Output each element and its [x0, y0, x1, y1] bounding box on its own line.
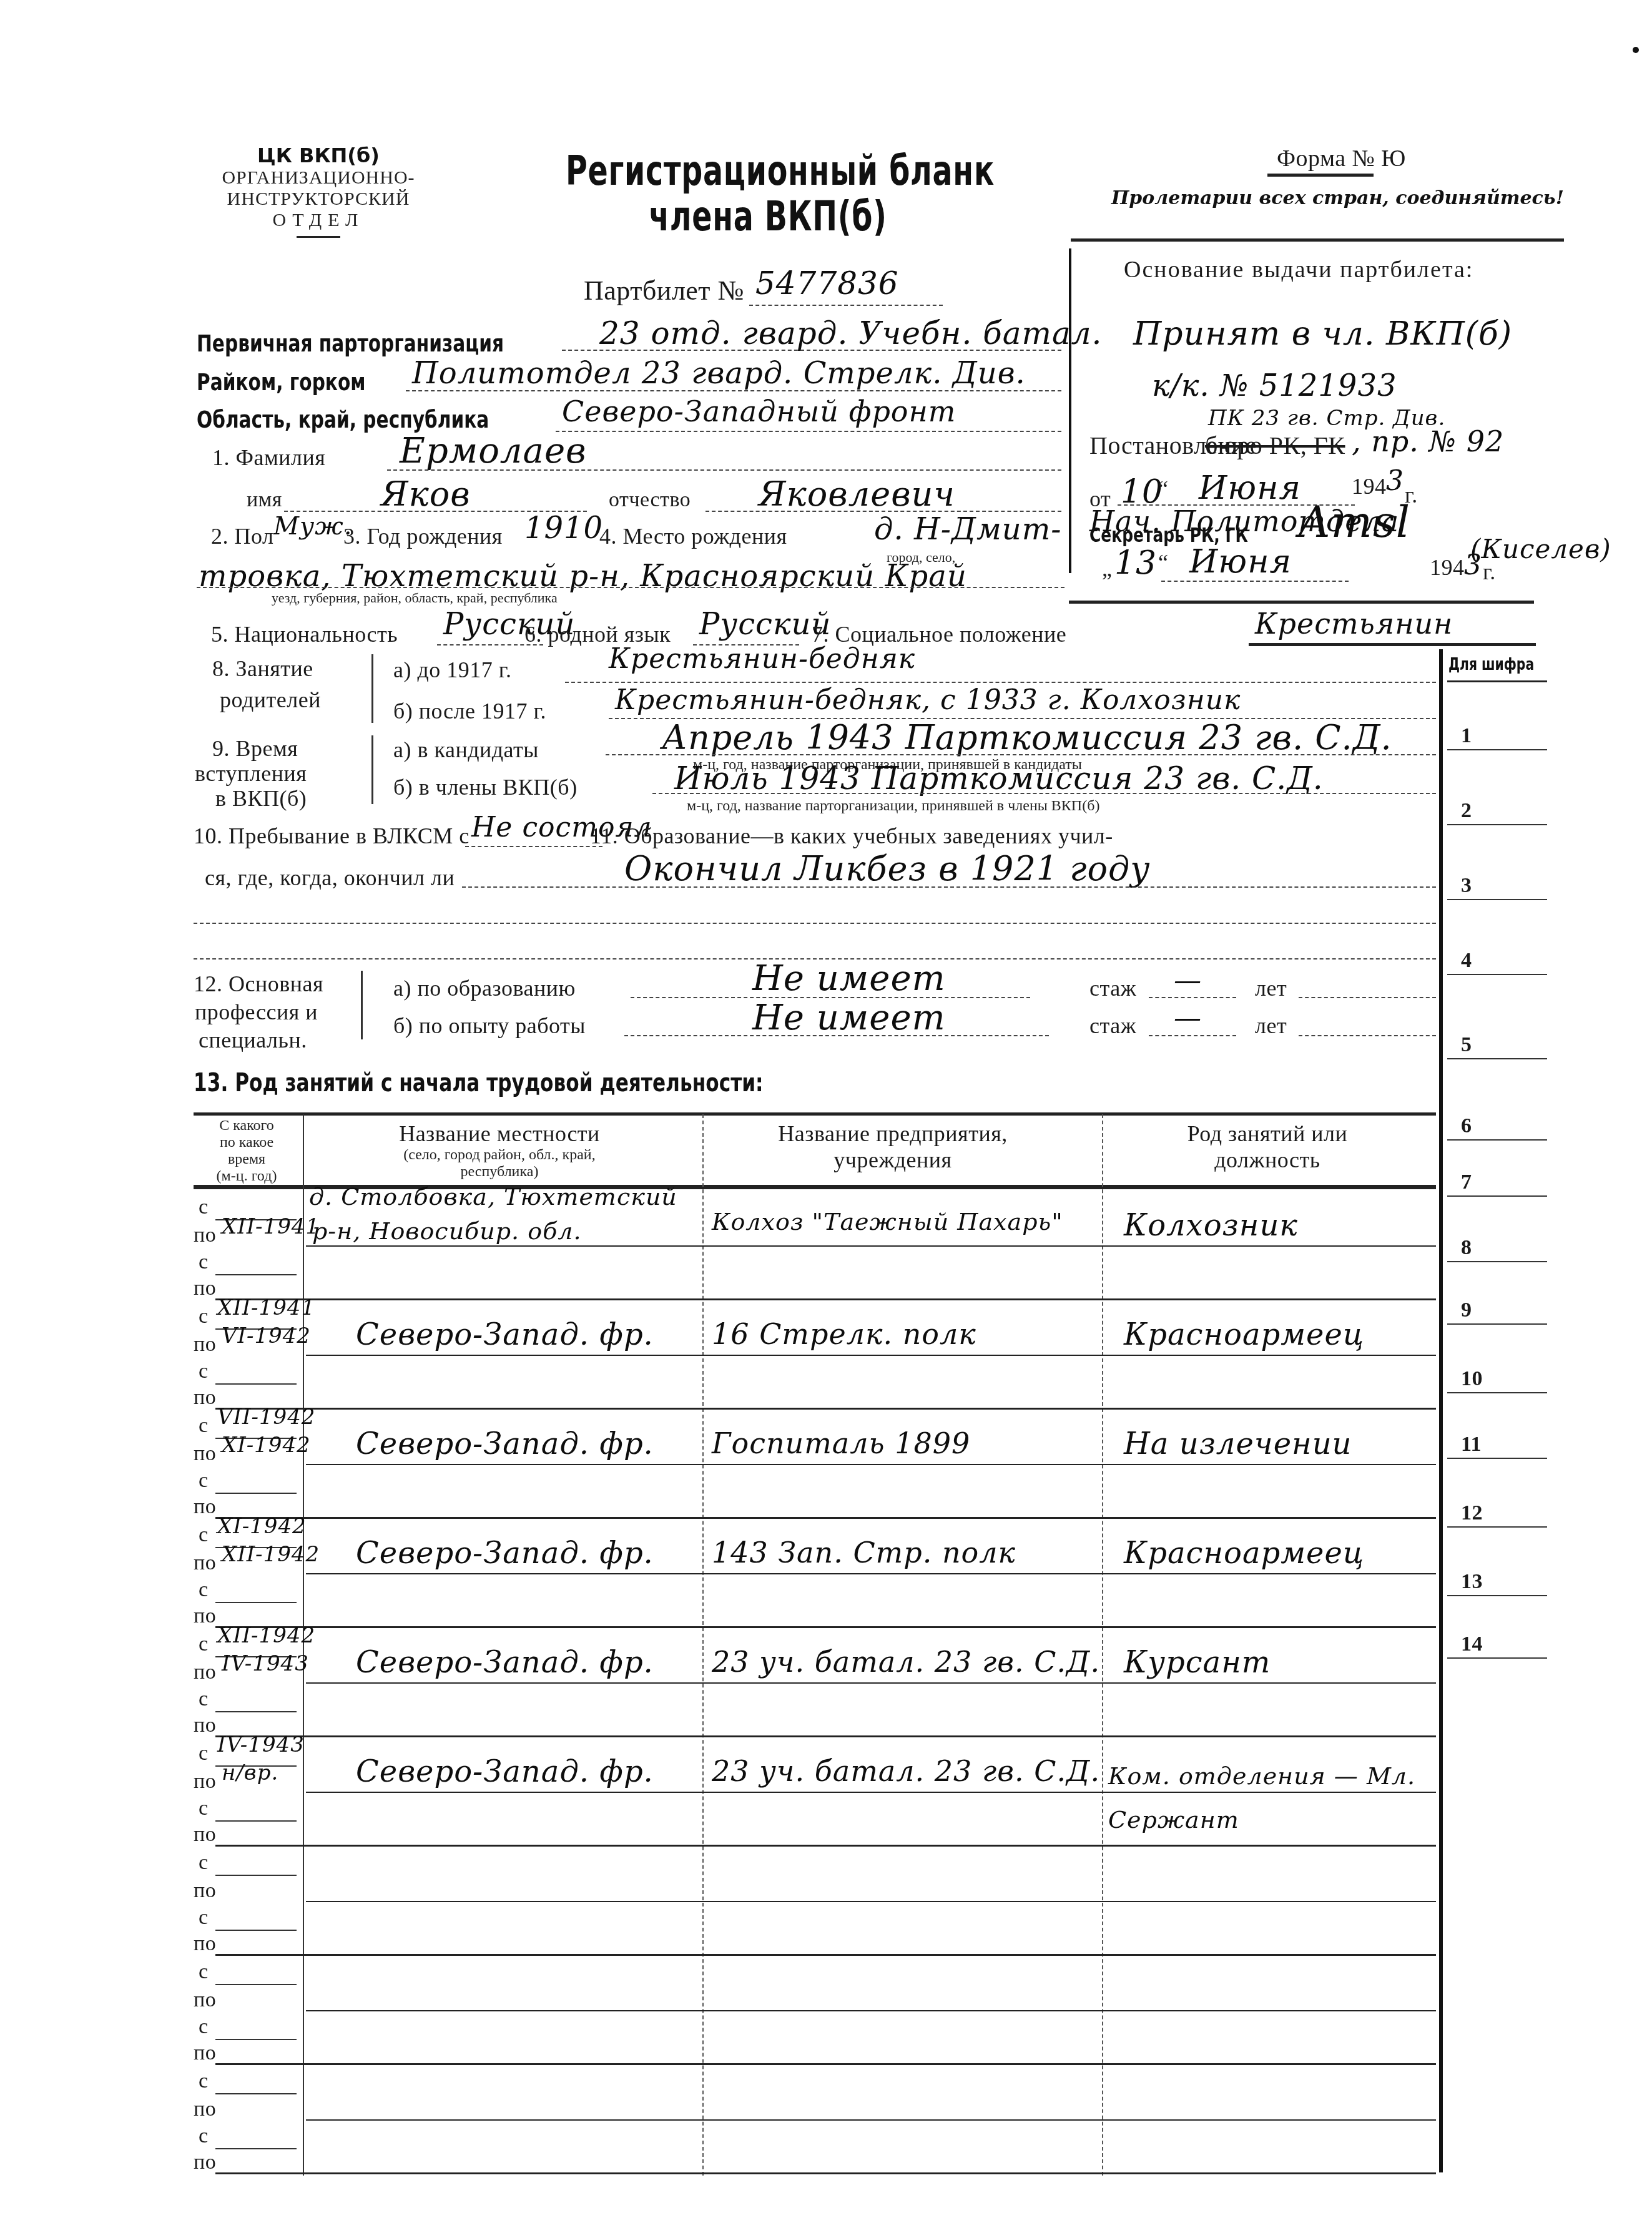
row-mid-rule: [306, 1682, 1436, 1684]
row-org: Госпиталь 1899: [712, 1426, 970, 1460]
row-org: 16 Стрелк. полк: [712, 1317, 976, 1351]
cipher-line: [1447, 1526, 1547, 1528]
row-place-line-2: р-н, Новосибир. обл.: [312, 1217, 582, 1245]
primary-org-label: Первичная парторганизация: [197, 330, 504, 357]
by-work-let-underline: [1299, 1035, 1436, 1036]
birth-year-value: 1910: [524, 511, 603, 546]
row-to-label-2: по: [194, 2041, 216, 2065]
candidate-label: а) в кандидаты: [393, 737, 539, 763]
row-position: Ком. отделения — Мл. Сержант: [1108, 1754, 1433, 1842]
row-from-label-2: с: [199, 1578, 209, 1602]
row-place: Северо-Запад. фр.: [356, 1536, 654, 1571]
row-to-value: н/вр.: [222, 1760, 278, 1785]
basis-line-2: к/к. № 5121933: [1152, 368, 1397, 403]
row-from2-underline: [215, 2039, 297, 2040]
row-from-label-2: с: [199, 2015, 209, 2039]
joining-label-1: 9. Время: [212, 735, 298, 762]
row-to-label: по: [194, 1442, 216, 1466]
birthplace-value-2: тровка, Тюхтетский р-н, Красноярский Кра…: [199, 559, 967, 594]
col-place-hint-1: (село, город район, обл., край,: [306, 1147, 693, 1164]
title-line-2: члена ВКП(б): [566, 192, 970, 240]
basis-box-bottom: [1069, 601, 1534, 604]
birth-year-label: 3. Год рождения: [343, 523, 503, 549]
row-org: 23 уч. батал. 23 гв. С.Д.: [712, 1754, 1100, 1788]
cipher-number: 1: [1461, 724, 1472, 748]
org-block: ЦК ВКП(б) ОРГАНИЗАЦИОННО- ИНСТРУКТОРСКИЙ…: [187, 144, 450, 238]
cipher-line: [1447, 1392, 1547, 1393]
issue-year-prefix: 194: [1430, 554, 1465, 581]
parents-label-1: 8. Занятие: [212, 655, 313, 682]
member-value: Июль 1943 Парткомиссия 23 гв. С.Д.: [674, 760, 1324, 797]
nationality-label: 5. Национальность: [211, 621, 398, 647]
row-position: Колхозник: [1124, 1208, 1298, 1243]
parents-before-label: а) до 1917 г.: [393, 657, 512, 683]
row-from-underline: [215, 2093, 297, 2094]
row-from-label: с: [199, 1195, 209, 1219]
candidate-value: Апрель 1943 Парткомиссия 23 гв. С.Д.: [662, 718, 1392, 757]
row-to-label: по: [194, 1333, 216, 1357]
row-from-underline: [215, 1875, 297, 1876]
row-to-label: по: [194, 1770, 216, 1794]
row-from2-underline: [215, 2148, 297, 2149]
row-to-label-2: по: [194, 1714, 216, 1737]
row-to-label: по: [194, 1551, 216, 1575]
cipher-line: [1447, 1458, 1547, 1459]
issue-year-suffix: 3: [1464, 549, 1482, 581]
header-rule: [1071, 238, 1564, 242]
resolution-year-prefix: 194: [1352, 473, 1387, 499]
row-from-label: с: [199, 1632, 209, 1656]
cipher-number: 9: [1461, 1298, 1472, 1322]
profession-label-1: 12. Основная: [194, 971, 323, 997]
form-number-underline: [1267, 174, 1374, 177]
row-from2-underline: [215, 1274, 297, 1275]
joining-label-3: в ВКП(б): [215, 785, 307, 812]
col-divider-2: [702, 1114, 704, 2176]
by-edu-stazh-label: стаж: [1089, 975, 1136, 1001]
row-to-value: XII-1941: [222, 1214, 320, 1239]
cipher-number: 4: [1461, 949, 1472, 973]
form-number: Форма № Ю: [1277, 145, 1406, 172]
col-dates-header: С какого по какое время (м-ц. год): [194, 1117, 300, 1185]
by-edu-value: Не имеет: [752, 958, 946, 999]
row-to-label: по: [194, 1988, 216, 2012]
row-to-label-2: по: [194, 1495, 216, 1519]
basis-title: Основание выдачи партбилета:: [1124, 256, 1473, 283]
quote-mark: “: [1158, 476, 1168, 502]
row-from-label: с: [199, 1960, 209, 1984]
by-work-label: б) по опыту работы: [393, 1013, 586, 1039]
row-from-label: с: [199, 1523, 209, 1547]
row-from-label-2: с: [199, 1360, 209, 1383]
region-value: Северо-Западный фронт: [562, 395, 956, 428]
education-label-2: ся, где, когда, окончил ли: [205, 865, 455, 891]
by-edu-stazh-value: —: [1174, 964, 1202, 996]
row-org: Колхоз "Таежный Пахарь": [712, 1208, 1063, 1235]
row-to-value: XI-1942: [222, 1433, 311, 1458]
row-bottom-rule: [215, 2063, 1436, 2065]
resolution-month: Июня: [1199, 469, 1301, 507]
basis-line-1: Принят в чл. ВКП(б): [1133, 315, 1512, 353]
profession-label-2: профессия и: [195, 999, 318, 1025]
birthplace-underline: [197, 587, 1064, 588]
cipher-line: [1447, 899, 1547, 900]
education-value: Окончил Ликбез в 1921 году: [624, 849, 1151, 888]
cipher-number: 6: [1461, 1114, 1472, 1138]
cipher-number: 8: [1461, 1236, 1472, 1260]
sex-value: Муж.: [273, 512, 352, 541]
row-place: Северо-Запад. фр.: [356, 1645, 654, 1680]
table-top-rule: [194, 1112, 1436, 1116]
cipher-line: [1447, 1323, 1547, 1325]
row-mid-rule: [306, 1573, 1436, 1574]
party-card-number: 5477836: [755, 265, 899, 302]
by-work-underline: [624, 1035, 1049, 1036]
col-dates-line-2: по какое: [194, 1134, 300, 1151]
education-label-1: 11. Образование—в каких учебных заведени…: [590, 823, 1113, 849]
row-org: 143 Зап. Стр. полк: [712, 1536, 1016, 1569]
org-line-2: ОРГАНИЗАЦИОННО-: [187, 167, 450, 189]
resolution-struck: бюро РК, ГК: [1205, 431, 1345, 460]
sex-label: 2. Пол: [211, 523, 274, 549]
cipher-number: 2: [1461, 799, 1472, 823]
org-underline: [297, 236, 340, 238]
cipher-title-rule: [1447, 680, 1547, 682]
issue-day: 13: [1114, 544, 1157, 582]
row-from2-underline: [215, 1711, 297, 1712]
cipher-number: 14: [1461, 1632, 1483, 1656]
cipher-number: 10: [1461, 1367, 1483, 1391]
row-to-label: по: [194, 1224, 216, 1247]
issue-year-g: г.: [1483, 559, 1496, 585]
surname-underline: [387, 469, 1061, 471]
birthplace-label: 4. Место рождения: [599, 523, 787, 549]
col-position-header: Род занятий или должность: [1099, 1121, 1436, 1173]
row-place: Северо-Запад. фр.: [356, 1426, 654, 1461]
cipher-title: Для шифра: [1448, 655, 1534, 674]
member-hint: м-ц, год, название парторганизации, прин…: [687, 798, 1099, 815]
by-work-stazh-value: —: [1174, 1002, 1202, 1034]
row-to-label: по: [194, 1879, 216, 1903]
row-place: Северо-Запад. фр.: [356, 1754, 654, 1789]
cipher-line: [1447, 1058, 1547, 1059]
cipher-line: [1447, 1657, 1547, 1659]
row-from-label: с: [199, 1742, 209, 1765]
row-place: Северо-Запад. фр.: [356, 1317, 654, 1352]
parents-before-value: Крестьянин-бедняк: [609, 643, 915, 675]
basis-box-left-border: [1069, 248, 1071, 573]
employment-title: 13. Род занятий с начала трудовой деятел…: [194, 1069, 764, 1097]
row-from-label-2: с: [199, 1250, 209, 1274]
by-edu-label: а) по образованию: [393, 975, 576, 1001]
issue-quote-open: „: [1102, 556, 1112, 582]
parents-label-2: родителей: [220, 687, 321, 713]
row-from-label: с: [199, 1851, 209, 1875]
col-dates-line-1: С какого: [194, 1117, 300, 1134]
row-bottom-rule: [215, 1735, 1436, 1737]
slogan: Пролетарии всех стран, соединяйтесь!: [1111, 187, 1564, 209]
row-from2-underline: [215, 1493, 297, 1494]
row-from-value: XII-1942: [217, 1623, 315, 1648]
row-from-label-2: с: [199, 1797, 209, 1820]
by-edu-stazh-underline: [1149, 997, 1236, 998]
row-from-label-2: с: [199, 2124, 209, 2148]
row-mid-rule: [306, 2119, 1436, 2121]
row-to-label: по: [194, 2098, 216, 2121]
cipher-line: [1447, 1595, 1547, 1596]
cipher-number: 13: [1461, 1570, 1483, 1594]
komsomol-underline: [465, 846, 602, 847]
col-place-header: Название местности (село, город район, о…: [306, 1121, 693, 1180]
social-value: Крестьянин: [1255, 607, 1453, 640]
cipher-line: [1447, 749, 1547, 750]
patronymic-label: отчество: [609, 488, 691, 512]
signature: Amsl: [1299, 496, 1410, 547]
raikom-label: Райком, горком: [197, 368, 366, 396]
resolution-number: , пр. № 92: [1352, 425, 1504, 458]
row-from-value: IV-1943: [217, 1732, 305, 1757]
col-org-title-1: Название предприятия,: [699, 1121, 1086, 1147]
cipher-number: 11: [1461, 1433, 1482, 1456]
col-position-title-2: должность: [1099, 1147, 1436, 1173]
row-from2-underline: [215, 1383, 297, 1385]
row-position: Курсант: [1124, 1645, 1271, 1680]
row-bottom-rule: [215, 1408, 1436, 1410]
cipher-number: 5: [1461, 1033, 1472, 1057]
party-card-label: Партбилет №: [584, 275, 744, 307]
member-underline: [652, 793, 1436, 794]
education-underline: [462, 886, 1436, 888]
row-bottom-rule: [215, 2172, 1436, 2174]
row-mid-rule: [306, 2010, 1436, 2011]
by-work-stazh-underline: [1149, 1035, 1236, 1036]
row-from-label-2: с: [199, 1469, 209, 1493]
surname-value: Ермолаев: [400, 431, 587, 471]
col-dates-line-4: (м-ц. год): [194, 1168, 300, 1185]
parents-before-underline: [565, 682, 1436, 683]
row-bottom-rule: [215, 1626, 1436, 1628]
row-to-label-2: по: [194, 2151, 216, 2174]
primary-org-value: 23 отд. гвард. Учебн. батал.: [599, 315, 1103, 351]
row-mid-rule: [306, 1245, 1436, 1247]
candidate-underline: [606, 754, 1436, 755]
row-bottom-rule: [215, 1845, 1436, 1847]
row-from-label-2: с: [199, 1906, 209, 1930]
member-label: б) в члены ВКП(б): [393, 774, 578, 800]
row-position: На излечении: [1124, 1426, 1352, 1461]
col-org-header: Название предприятия, учреждения: [699, 1121, 1086, 1173]
row-to-value: IV-1943: [222, 1651, 309, 1676]
col-place-title: Название местности: [306, 1121, 693, 1147]
row-from2-underline: [215, 1930, 297, 1931]
raikom-value: Политотдел 23 гвард. Стрелк. Див.: [412, 356, 1026, 391]
education-blank-line-1: [194, 923, 1436, 924]
row-bottom-rule: [215, 1517, 1436, 1519]
col-position-title-1: Род занятий или: [1099, 1121, 1436, 1147]
issue-date-underline: [1161, 581, 1349, 582]
row-to-label-2: по: [194, 1932, 216, 1956]
parents-bracket: [371, 654, 373, 723]
row-to-label-2: по: [194, 1386, 216, 1410]
row-from-value: XII-1941: [217, 1295, 315, 1320]
col-place-hint-2: республика): [306, 1164, 693, 1180]
party-card-underline: [749, 305, 943, 306]
joining-label-2: вступления: [195, 760, 307, 787]
cipher-line: [1447, 1261, 1547, 1262]
issue-month: Июня: [1189, 543, 1292, 581]
cipher-line: [1447, 1139, 1547, 1141]
parents-after-label: б) после 1917 г.: [393, 698, 546, 724]
row-to-value: XII-1942: [222, 1542, 320, 1567]
name-value: Яков: [381, 474, 471, 514]
by-edu-let-label: лет: [1255, 975, 1287, 1001]
cipher-line: [1447, 974, 1547, 975]
org-line-1: ЦК ВКП(б): [187, 144, 450, 167]
col-divider-3: [1102, 1114, 1103, 2176]
row-from2-underline: [215, 1820, 297, 1822]
cipher-number: 3: [1461, 874, 1472, 898]
parents-after-value: Крестьянин-бедняк, с 1933 г. Колхозник: [615, 684, 1241, 716]
title-line-1: Регистрационный бланк: [566, 147, 970, 195]
birthplace-value-1: д. Н-Дмит-: [874, 512, 1061, 547]
cipher-column-border: [1439, 649, 1443, 2172]
surname-label: 1. Фамилия: [212, 444, 325, 471]
raikom-underline: [406, 390, 1061, 391]
by-edu-let-underline: [1299, 997, 1436, 998]
joining-bracket: [371, 735, 373, 804]
row-to-label-2: по: [194, 1604, 216, 1628]
cipher-line: [1447, 1195, 1547, 1197]
row-from-label: с: [199, 1305, 209, 1328]
row-mid-rule: [306, 1901, 1436, 1902]
profession-bracket: [361, 971, 363, 1039]
row-to-value: VI-1942: [222, 1323, 311, 1348]
row-position: Красноармеец: [1124, 1317, 1364, 1352]
row-from-label: с: [199, 2069, 209, 2093]
profession-label-3: специальн.: [199, 1027, 307, 1053]
row-to-label: по: [194, 1661, 216, 1684]
col-dates-line-3: время: [194, 1151, 300, 1168]
row-from-value: XI-1942: [217, 1514, 307, 1539]
row-mid-rule: [306, 1355, 1436, 1356]
name-label: имя: [247, 488, 282, 512]
cipher-number: 12: [1461, 1501, 1483, 1525]
row-from-label: с: [199, 1414, 209, 1438]
col-org-title-2: учреждения: [699, 1147, 1086, 1173]
form-title: Регистрационный бланк члена ВКП(б): [487, 147, 1049, 240]
cipher-line: [1447, 824, 1547, 825]
row-position: Красноармеец: [1124, 1536, 1364, 1571]
patronymic-value: Яковлевич: [759, 474, 955, 514]
row-place-line-1: д. Столбовка, Тюхтетский: [309, 1183, 677, 1210]
org-line-3: ИНСТРУКТОРСКИЙ: [187, 189, 450, 210]
punch-hole-mark: [1633, 47, 1639, 53]
org-line-4: ОТДЕЛ: [187, 210, 450, 231]
birthplace-hint-2: уезд, губерния, район, область, край, ре…: [272, 590, 558, 606]
row-from-value: VII-1942: [217, 1405, 315, 1430]
by-work-value: Не имеет: [752, 998, 946, 1038]
row-mid-rule: [306, 1792, 1436, 1793]
row-from-label-2: с: [199, 1687, 209, 1711]
issue-quote-close: “: [1158, 549, 1168, 576]
region-underline: [556, 431, 1061, 432]
row-from-underline: [215, 1984, 297, 1985]
row-to-label-2: по: [194, 1277, 216, 1300]
by-work-let-label: лет: [1255, 1013, 1287, 1039]
primary-org-underline: [562, 350, 1061, 351]
resolution-year-suffix: 3: [1386, 465, 1404, 497]
row-from2-underline: [215, 1602, 297, 1603]
row-org: 23 уч. батал. 23 гв. С.Д.: [712, 1645, 1100, 1679]
komsomol-label: 10. Пребывание в ВЛКСМ с: [194, 823, 470, 849]
row-to-label-2: по: [194, 1823, 216, 1847]
cipher-number: 7: [1461, 1170, 1472, 1194]
region-label: Область, край, республика: [197, 406, 489, 433]
social-underline: [1249, 643, 1536, 646]
row-mid-rule: [306, 1464, 1436, 1465]
by-work-stazh-label: стаж: [1089, 1013, 1136, 1039]
row-bottom-rule: [215, 1298, 1436, 1300]
row-bottom-rule: [215, 1954, 1436, 1956]
